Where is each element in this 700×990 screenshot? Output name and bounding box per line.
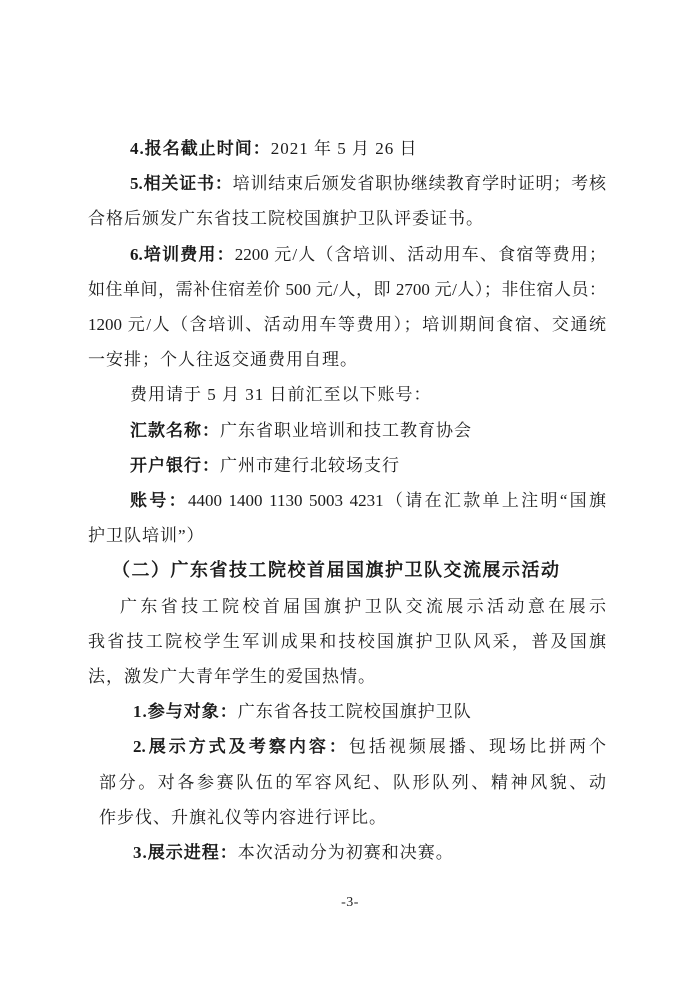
page-number: -3- [0, 895, 700, 911]
doc-line: 作步伐、升旗礼仪等内容进行评比。 [88, 800, 606, 835]
doc-line: 我省技工院校学生军训成果和技校国旗护卫队风采，普及国旗 [88, 624, 606, 659]
doc-line: 护卫队培训”） [88, 518, 606, 553]
text-run: 部分。对各参赛队伍的军容风纪、队形队列、精神风貌、动 [99, 773, 606, 792]
text-run: 广州市建行北较场支行 [220, 456, 400, 475]
run-in-label: 3.展示进程： [133, 843, 238, 862]
text-run: 我省技工院校学生军训成果和技校国旗护卫队风采，普及国旗 [88, 632, 606, 651]
doc-line: 合格后颁发广东省技工院校国旗护卫队评委证书。 [88, 201, 606, 236]
text-run: 培训结束后颁发省职协继续教育学时证明；考核 [233, 174, 606, 193]
text-run: 2200 元/人（含培训、活动用车、食宿等费用； [235, 245, 606, 264]
doc-line: 5.相关证书：培训结束后颁发省职协继续教育学时证明；考核 [88, 166, 606, 201]
doc-line: 1.参与对象：广东省各技工院校国旗护卫队 [88, 694, 606, 729]
doc-line: 法，激发广大青年学生的爱国热情。 [88, 659, 606, 694]
doc-line: 6.培训费用：2200 元/人（含培训、活动用车、食宿等费用； [88, 237, 606, 272]
text-run: 费用请于 5 月 31 日前汇至以下账号： [130, 385, 432, 404]
text-run: 本次活动分为初赛和决赛。 [238, 843, 454, 862]
text-run: 4400 1400 1130 5003 4231（请在汇款单上注明“国旗 [188, 491, 606, 510]
run-in-label: 6.培训费用： [130, 245, 235, 264]
text-run: 法，激发广大青年学生的爱国热情。 [88, 667, 376, 686]
run-in-label: （二）广东省技工院校首届国旗护卫队交流展示活动 [112, 560, 561, 580]
doc-line: 2.展示方式及考察内容：包括视频展播、现场比拼两个 [88, 729, 606, 764]
doc-line: 4.报名截止时间：2021 年 5 月 26 日 [88, 131, 606, 166]
text-run: 包括视频展播、现场比拼两个 [349, 737, 606, 756]
doc-line: 3.展示进程：本次活动分为初赛和决赛。 [88, 835, 606, 870]
doc-line: 如住单间，需补住宿差价 500 元/人，即 2700 元/人）；非住宿人员： [88, 272, 606, 307]
text-run: 广东省各技工院校国旗护卫队 [238, 702, 472, 721]
text-run: 1200 元/人（含培训、活动用车等费用）；培训期间食宿、交通统 [88, 315, 606, 334]
text-run: 合格后颁发广东省技工院校国旗护卫队评委证书。 [88, 209, 484, 228]
run-in-label: 4.报名截止时间： [130, 139, 271, 158]
text-run: 作步伐、升旗礼仪等内容进行评比。 [99, 808, 387, 827]
doc-line: 1200 元/人（含培训、活动用车等费用）；培训期间食宿、交通统 [88, 307, 606, 342]
text-run: 广东省职业培训和技工教育协会 [220, 421, 472, 440]
run-in-label: 5.相关证书： [130, 174, 233, 193]
run-in-label: 2.展示方式及考察内容： [133, 737, 349, 756]
text-run: 2021 年 5 月 26 日 [271, 139, 418, 158]
doc-line: 费用请于 5 月 31 日前汇至以下账号： [88, 377, 606, 412]
run-in-label: 开户银行： [130, 456, 220, 475]
run-in-label: 1.参与对象： [133, 702, 238, 721]
run-in-label: 账号： [130, 491, 188, 510]
run-in-label: 汇款名称： [130, 421, 220, 440]
section-heading: （二）广东省技工院校首届国旗护卫队交流展示活动 [88, 553, 606, 588]
document-body: 4.报名截止时间：2021 年 5 月 26 日5.相关证书：培训结束后颁发省职… [88, 131, 606, 870]
doc-line: 部分。对各参赛队伍的军容风纪、队形队列、精神风貌、动 [88, 765, 606, 800]
text-run: 护卫队培训”） [88, 526, 205, 545]
doc-line: 开户银行：广州市建行北较场支行 [88, 448, 606, 483]
text-run: 一安排；个人往返交通费用自理。 [88, 350, 358, 369]
doc-line: 账号：4400 1400 1130 5003 4231（请在汇款单上注明“国旗 [88, 483, 606, 518]
text-run: 如住单间，需补住宿差价 500 元/人，即 2700 元/人）；非住宿人员： [88, 280, 606, 299]
text-run: 广东省技工院校首届国旗护卫队交流展示活动意在展示 [120, 597, 606, 616]
doc-line: 一安排；个人往返交通费用自理。 [88, 342, 606, 377]
doc-line: 汇款名称：广东省职业培训和技工教育协会 [88, 413, 606, 448]
doc-line: 广东省技工院校首届国旗护卫队交流展示活动意在展示 [88, 589, 606, 624]
